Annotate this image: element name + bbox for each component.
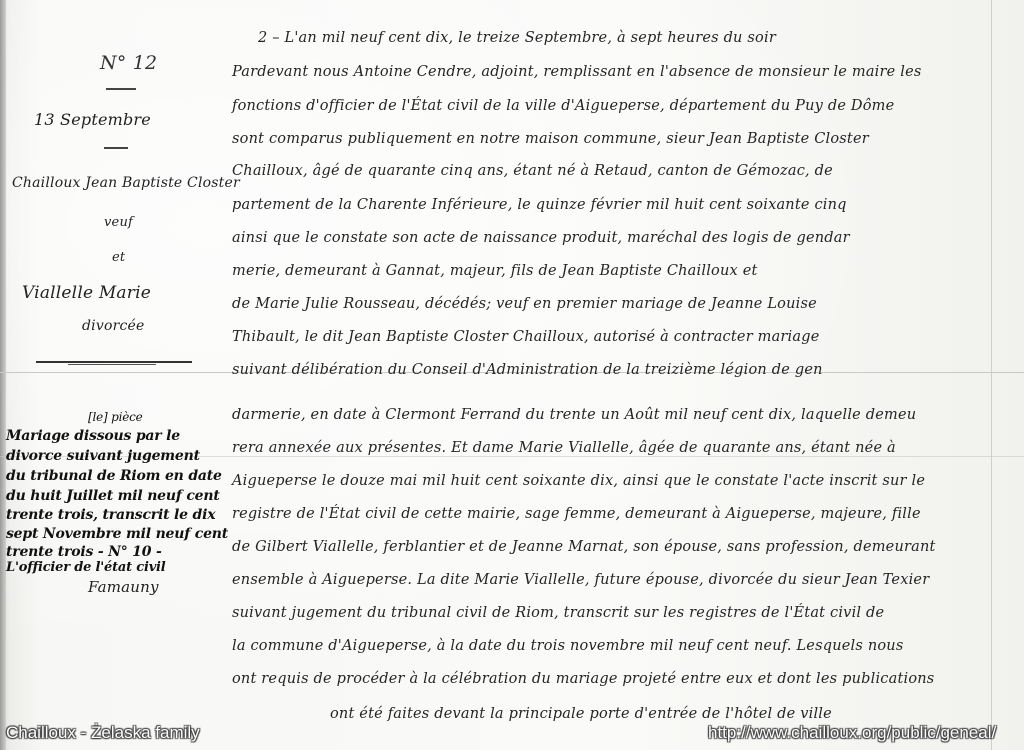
separator-dash [106,88,136,90]
annotation-line: sept Novembre mil neuf cent [6,526,228,542]
annotation-line: Mariage dissous par le [6,428,180,444]
conjunction: et [112,250,125,265]
annotation-line: [le] pièce [88,410,143,424]
page-binding-edge [0,0,6,750]
site-url-watermark: http://www.chailloux.org/public/geneal/ [708,723,996,743]
margin-double-rule [68,364,156,365]
body-line: merie, demeurant à Gannat, majeur, fils … [232,263,758,279]
right-margin-rule [991,0,992,750]
body-line: suivant jugement du tribunal civil de Ri… [232,605,884,621]
body-line: Pardevant nous Antoine Cendre, adjoint, … [232,64,922,80]
body-line: la commune d'Aigueperse, à la date du tr… [232,638,903,654]
body-line: registre de l'État civil de cette mairie… [232,506,921,522]
margin-double-rule [36,361,192,363]
annotation-line: du tribunal de Riom en date [6,468,222,484]
officer-signature: Famauny [88,578,159,596]
body-line: Chailloux, âgé de quarante cinq ans, éta… [232,163,833,179]
body-line: ont été faites devant la principale port… [330,706,832,722]
groom-status: veuf [104,215,133,230]
body-line: 2 – L'an mil neuf cent dix, le treize Se… [258,30,776,46]
body-line: partement de la Charente Inférieure, le … [232,197,847,213]
bride-name: Viallelle Marie [22,283,151,303]
annotation-line: divorce suivant jugement [6,448,200,464]
body-line: Aigueperse le douze mai mil huit cent so… [232,473,925,489]
annotation-line: trente trois - N° 10 - [6,544,162,560]
bride-status: divorcée [82,318,144,334]
body-line: sont comparus publiquement en notre mais… [232,131,869,147]
body-line: suivant délibération du Conseil d'Admini… [232,362,823,378]
scanned-register-page: N° 12 13 Septembre Chailloux Jean Baptis… [0,0,1024,750]
annotation-line: L'officier de l'état civil [6,560,166,575]
body-line: ensemble à Aigueperse. La dite Marie Via… [232,572,929,588]
act-date: 13 Septembre [34,110,151,129]
body-line: de Marie Julie Rousseau, décédés; veuf e… [232,296,817,312]
groom-name: Chailloux Jean Baptiste Closter [12,175,240,191]
body-line: darmerie, en date à Clermont Ferrand du … [232,407,916,423]
body-line: Thibault, le dit Jean Baptiste Closter C… [232,329,820,345]
separator-dash [104,147,128,149]
body-line: de Gilbert Viallelle, ferblantier et de … [232,539,936,555]
body-line: ont requis de procéder à la célébration … [232,671,934,687]
body-line: rera annexée aux présentes. Et dame Mari… [232,440,896,456]
act-number: N° 12 [100,52,157,74]
family-watermark: Chailloux - Żelaska family [6,723,200,743]
annotation-line: du huit Juillet mil neuf cent [6,488,220,504]
annotation-line: trente trois, transcrit le dix [6,507,215,523]
body-line: fonctions d'officier de l'État civil de … [232,98,894,114]
body-line: ainsi que le constate son acte de naissa… [232,230,850,246]
